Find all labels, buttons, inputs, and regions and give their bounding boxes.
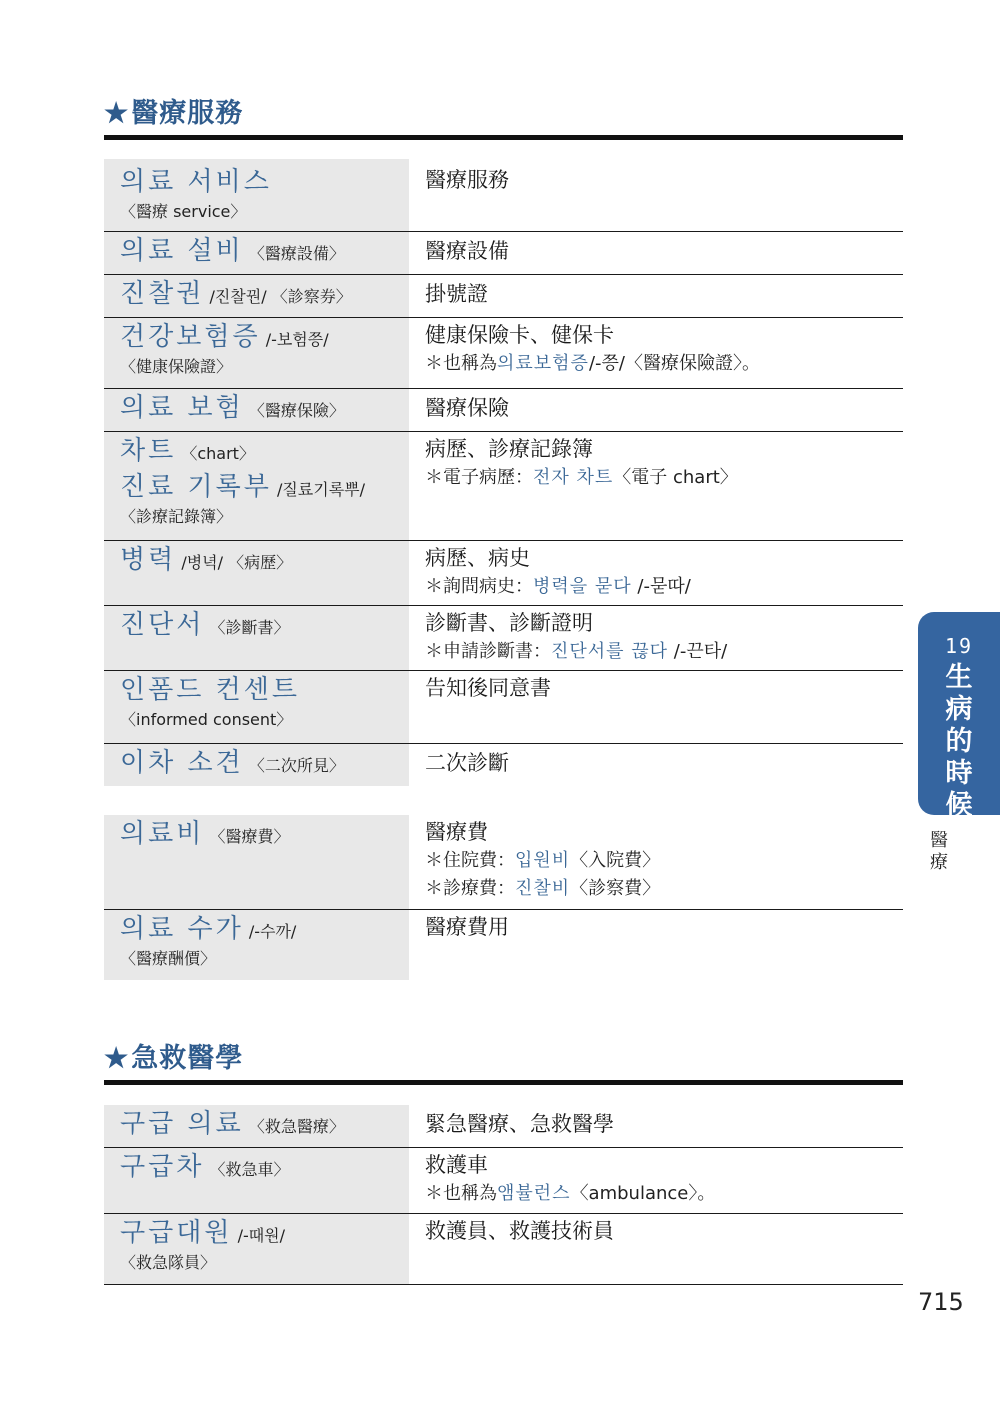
section-divider (104, 1080, 903, 1085)
definition: 醫療設備 (425, 236, 903, 266)
origin-word: 〈診斷書〉 (209, 618, 289, 637)
definition: 醫療服務 (425, 165, 903, 195)
section-title-text: 急救醫學 (131, 1043, 243, 1074)
definition-cell: 醫療費 ＊住院費：입원비〈入院費〉 ＊診療費：진찰비〈診察費〉 (409, 815, 903, 909)
origin-word: 〈診察券〉 (272, 287, 352, 306)
chapter-number: 19 (918, 634, 1000, 658)
definition-cell: 醫療費用 (409, 910, 903, 980)
usage-note: ＊申請診斷書：진단서를 끊다 /-끈타/ (425, 638, 903, 666)
pronunciation: /진찰꿘/ (209, 287, 266, 306)
table-row: 의료 수가 /-수까/ 〈醫療酬價〉 醫療費用 (104, 910, 903, 980)
usage-note: ＊診療費：진찰비〈診察費〉 (425, 875, 903, 903)
table-row: 의료 보험 〈醫療保險〉 醫療保險 (104, 389, 903, 432)
vocab-table-group: 구급 의료 〈救急醫療〉 緊急醫療、急救醫學 구급차 〈救急車〉 救護車 ＊也稱… (104, 1105, 903, 1285)
table-row: 이차 소견 〈二次所見〉 二次診斷 (104, 744, 903, 786)
korean-term-cell: 건강보험증 /-보험쯩/ 〈健康保險證〉 (104, 318, 409, 388)
definition-cell: 醫療保險 (409, 389, 903, 431)
korean-term-cell: 차트 〈chart〉 진료 기록부 /질료기록뿌/ 〈診療記錄簿〉 (104, 432, 409, 540)
note-korean-term: 전자 차트 (533, 467, 613, 488)
note-korean-term: 진찰비 (515, 878, 570, 899)
korean-term: 진찰권 (120, 279, 204, 309)
note-korean-term: 앰뷸런스 (497, 1183, 571, 1204)
chapter-tab[interactable]: 19 生病的時候 (918, 612, 1000, 815)
korean-term-cell: 구급차 〈救急車〉 (104, 1148, 409, 1213)
korean-term-cell: 진단서 〈診斷書〉 (104, 606, 409, 670)
definition-cell: 救護車 ＊也稱為앰뷸런스〈ambulance〉。 (409, 1148, 903, 1213)
table-row: 차트 〈chart〉 진료 기록부 /질료기록뿌/ 〈診療記錄簿〉 病歷、診療記… (104, 432, 903, 541)
definition-cell: 二次診斷 (409, 744, 903, 786)
korean-term: 병력 (120, 545, 176, 575)
definition-cell: 病歷、診療記錄簿 ＊電子病歷：전자 차트〈電子 chart〉 (409, 432, 903, 540)
section-title-text: 醫療服務 (131, 98, 243, 129)
korean-term: 건강보험증 (120, 322, 261, 352)
table-row: 구급대원 /-때원/ 〈救急隊員〉 救護員、救護技術員 (104, 1214, 903, 1285)
table-row: 병력 /병녁/ 〈病歷〉 病歷、病史 ＊詢問病史：병력을 묻다 /-묻따/ (104, 541, 903, 606)
note-korean-term: 진단서를 끊다 (551, 641, 668, 662)
origin-word: 〈醫療設備〉 (249, 244, 345, 263)
korean-term-cell: 의료비 〈醫療費〉 (104, 815, 409, 909)
origin-word: 〈健康保險證〉 (120, 354, 409, 380)
table-row: 구급차 〈救急車〉 救護車 ＊也稱為앰뷸런스〈ambulance〉。 (104, 1148, 903, 1214)
chapter-subtitle: 醫療 (930, 830, 952, 874)
origin-word: 〈診療記錄簿〉 (120, 504, 409, 530)
definition-cell: 緊急醫療、急救醫學 (409, 1105, 903, 1147)
origin-word: 〈chart〉 (181, 444, 255, 463)
table-row: 의료 설비 〈醫療設備〉 醫療設備 (104, 232, 903, 275)
korean-term: 구급차 (120, 1152, 204, 1182)
definition-cell: 告知後同意書 (409, 671, 903, 743)
definition: 醫療保險 (425, 393, 903, 423)
korean-term-cell: 의료 수가 /-수까/ 〈醫療酬價〉 (104, 910, 409, 980)
table-row: 의료 서비스 〈醫療 service〉 醫療服務 (104, 159, 903, 232)
table-row: 의료비 〈醫療費〉 醫療費 ＊住院費：입원비〈入院費〉 ＊診療費：진찰비〈診察費… (104, 815, 903, 910)
korean-term-cell: 이차 소견 〈二次所見〉 (104, 744, 409, 786)
korean-term: 의료 설비 (120, 236, 244, 266)
table-row: 진찰권 /진찰꿘/ 〈診察券〉 掛號證 (104, 275, 903, 318)
definition: 病歷、病史 (425, 543, 903, 573)
korean-term: 인폼드 컨센트 (120, 675, 300, 705)
definition-cell: 健康保險卡、健保卡 ＊也稱為의료보험증/-쯩/〈醫療保險證〉。 (409, 318, 903, 388)
definition: 緊急醫療、急救醫學 (425, 1109, 903, 1139)
korean-term-cell: 진찰권 /진찰꿘/ 〈診察券〉 (104, 275, 409, 317)
definition-cell: 醫療設備 (409, 232, 903, 274)
korean-term: 구급대원 (120, 1218, 232, 1248)
korean-term: 차트 (120, 436, 176, 466)
usage-note: ＊電子病歷：전자 차트〈電子 chart〉 (425, 464, 903, 492)
origin-word: 〈救急車〉 (209, 1160, 289, 1179)
korean-term: 이차 소견 (120, 748, 244, 778)
section-divider (104, 135, 903, 140)
definition-cell: 診斷書、診斷證明 ＊申請診斷書：진단서를 끊다 /-끈타/ (409, 606, 903, 670)
korean-term: 의료 서비스 (120, 167, 272, 197)
korean-term: 의료비 (120, 819, 204, 849)
pronunciation: /-수까/ (249, 922, 296, 941)
definition: 病歷、診療記錄簿 (425, 434, 903, 464)
origin-word: 〈醫療 service〉 (120, 199, 409, 225)
korean-term-cell: 병력 /병녁/ 〈病歷〉 (104, 541, 409, 605)
pronunciation: /질료기록뿌/ (277, 480, 365, 499)
korean-term-cell: 구급대원 /-때원/ 〈救急隊員〉 (104, 1214, 409, 1284)
table-row: 진단서 〈診斷書〉 診斷書、診斷證明 ＊申請診斷書：진단서를 끊다 /-끈타/ (104, 606, 903, 671)
definition: 掛號證 (425, 279, 903, 309)
definition-cell: 病歷、病史 ＊詢問病史：병력을 묻다 /-묻따/ (409, 541, 903, 605)
star-icon: ★ (104, 1043, 129, 1074)
korean-term: 구급 의료 (120, 1109, 244, 1139)
korean-term-synonym: 진료 기록부 (120, 472, 272, 502)
korean-term-cell: 인폼드 컨센트 〈informed consent〉 (104, 671, 409, 743)
definition: 醫療費用 (425, 912, 903, 942)
pronunciation: /-보험쯩/ (266, 330, 329, 349)
korean-term-cell: 구급 의료 〈救急醫療〉 (104, 1105, 409, 1147)
note-korean-term: 의료보험증 (497, 353, 589, 374)
usage-note: ＊住院費：입원비〈入院費〉 (425, 847, 903, 875)
korean-term: 의료 보험 (120, 393, 244, 423)
origin-word: 〈醫療酬價〉 (120, 946, 409, 972)
usage-note: ＊詢問病史：병력을 묻다 /-묻따/ (425, 573, 903, 601)
korean-term-cell: 의료 서비스 〈醫療 service〉 (104, 159, 409, 231)
pronunciation: /병녁/ (181, 553, 223, 572)
definition: 醫療費 (425, 817, 903, 847)
definition: 二次診斷 (425, 748, 903, 778)
definition-cell: 醫療服務 (409, 159, 903, 231)
chapter-title: 生病的時候 (918, 662, 1000, 822)
pronunciation: /-때원/ (238, 1226, 285, 1245)
korean-term: 의료 수가 (120, 914, 244, 944)
definition: 診斷書、診斷證明 (425, 608, 903, 638)
definition: 告知後同意書 (425, 673, 903, 703)
table-row: 구급 의료 〈救急醫療〉 緊急醫療、急救醫學 (104, 1105, 903, 1148)
origin-word: 〈救急隊員〉 (120, 1250, 409, 1276)
korean-term: 진단서 (120, 610, 204, 640)
origin-word: 〈二次所見〉 (249, 756, 345, 775)
note-korean-term: 입원비 (515, 850, 570, 871)
korean-term-cell: 의료 설비 〈醫療設備〉 (104, 232, 409, 274)
korean-term-cell: 의료 보험 〈醫療保險〉 (104, 389, 409, 431)
star-icon: ★ (104, 98, 129, 129)
origin-word: 〈醫療保險〉 (249, 401, 345, 420)
usage-note: ＊也稱為앰뷸런스〈ambulance〉。 (425, 1180, 903, 1208)
origin-word: 〈救急醫療〉 (249, 1117, 345, 1136)
page-number: 715 (918, 1288, 964, 1316)
usage-note: ＊也稱為의료보험증/-쯩/〈醫療保險證〉。 (425, 350, 903, 378)
vocab-table-group: 의료 서비스 〈醫療 service〉 醫療服務 의료 설비 〈醫療設備〉 醫療… (104, 159, 903, 786)
definition-cell: 救護員、救護技術員 (409, 1214, 903, 1284)
note-korean-term: 병력을 묻다 (533, 576, 632, 597)
definition: 救護車 (425, 1150, 903, 1180)
definition: 健康保險卡、健保卡 (425, 320, 903, 350)
table-row: 건강보험증 /-보험쯩/ 〈健康保險證〉 健康保險卡、健保卡 ＊也稱為의료보험증… (104, 318, 903, 389)
origin-word: 〈病歷〉 (228, 553, 292, 572)
section-title-emergency-medicine: ★急救醫學 (104, 1043, 243, 1075)
definition: 救護員、救護技術員 (425, 1216, 903, 1246)
section-title-medical-services: ★醫療服務 (104, 98, 243, 130)
definition-cell: 掛號證 (409, 275, 903, 317)
origin-word: 〈醫療費〉 (209, 827, 289, 846)
origin-word: 〈informed consent〉 (120, 707, 409, 733)
vocab-table-group: 의료비 〈醫療費〉 醫療費 ＊住院費：입원비〈入院費〉 ＊診療費：진찰비〈診察費… (104, 815, 903, 980)
table-row: 인폼드 컨센트 〈informed consent〉 告知後同意書 (104, 671, 903, 744)
